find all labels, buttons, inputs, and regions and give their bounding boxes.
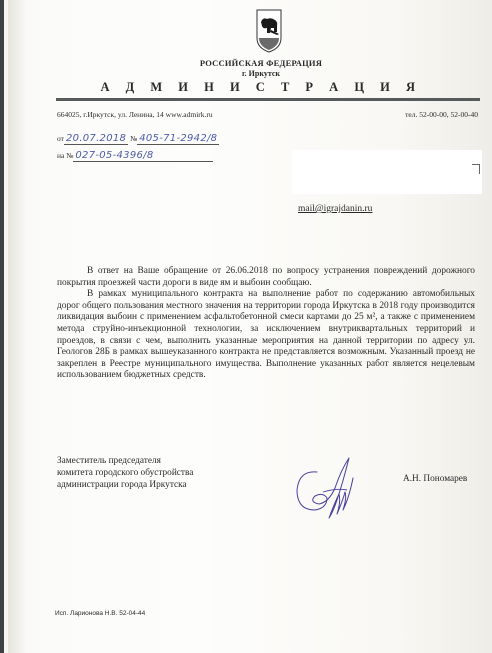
administration-title: А Д М И Н И С Т Р А Ц И Я <box>0 80 492 95</box>
handwritten-reply-number: 027-05-4396/8 <box>73 150 213 162</box>
executor-note: Исп. Ларионова Н.В. 52-04-44 <box>55 610 145 617</box>
handwritten-signature-icon <box>293 452 355 522</box>
redacted-recipient-block <box>292 150 482 194</box>
number-label: № <box>130 134 137 143</box>
handwritten-number: 405-71-2942/8 <box>137 133 219 145</box>
scan-shadow <box>8 0 26 653</box>
signer-position-line: администрации города Иркутска <box>57 479 193 491</box>
address-corner-mark <box>472 164 480 174</box>
outgoing-reference: от20.07.2018 №405-71-2942/8 <box>57 133 219 145</box>
city-heading: г. Иркутск <box>0 69 492 78</box>
signer-position: Заместитель председателя комитета городс… <box>57 455 193 491</box>
phone-line: тел. 52-00-00, 52-00-40 <box>405 110 478 119</box>
body-paragraph: В ответ на Ваше обращение от 26.06.2018 … <box>57 266 475 289</box>
federation-heading: РОССИЙСКАЯ ФЕДЕРАЦИЯ <box>0 58 492 68</box>
letter-body: В ответ на Ваше обращение от 26.06.2018 … <box>57 266 475 382</box>
header-rule <box>56 98 480 101</box>
handwritten-date: 20.07.2018 <box>64 133 128 145</box>
signer-position-line: Заместитель председателя <box>57 455 193 467</box>
from-label: от <box>57 134 64 143</box>
signer-name: А.Н. Пономарев <box>403 474 467 484</box>
body-paragraph: В рамках муниципального контракта на вып… <box>57 289 475 382</box>
recipient-email: mail@igrajdanin.ru <box>298 204 372 214</box>
irkutsk-coat-of-arms-icon <box>255 8 283 54</box>
reply-label: на № <box>57 151 73 160</box>
incoming-reference: на №027-05-4396/8 <box>57 150 213 162</box>
signer-position-line: комитета городского обустройства <box>57 467 193 479</box>
address-line: 664025, г.Иркутск, ул. Ленина, 14 www.ad… <box>57 110 213 119</box>
